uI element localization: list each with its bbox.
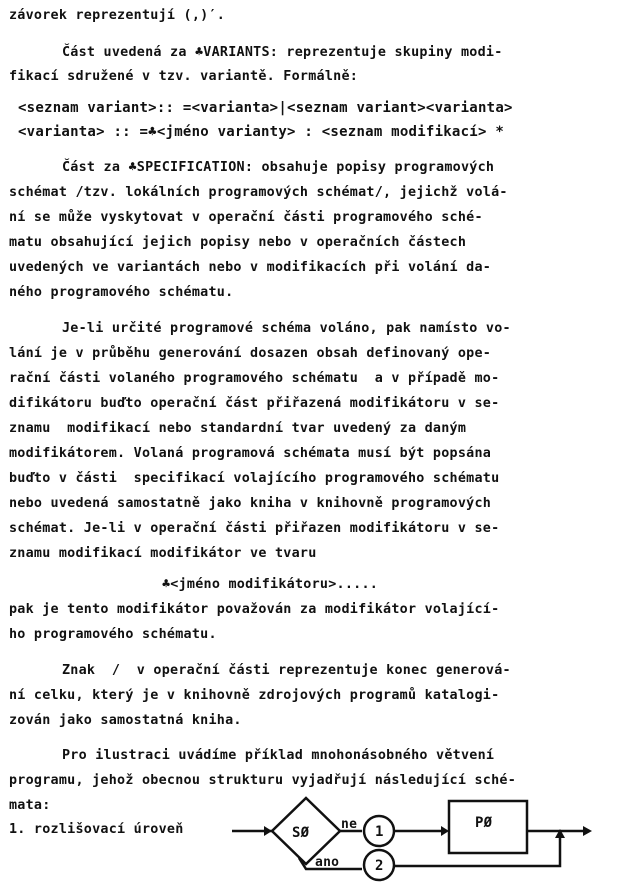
text-line: závorek reprezentují (,)′. bbox=[9, 8, 225, 24]
text-line: rační části volaného programového schéma… bbox=[9, 371, 499, 387]
text-line: lání je v průběhu generování dosazen obs… bbox=[9, 346, 491, 362]
connector-2-label: 2 bbox=[375, 858, 384, 874]
text-line: buďto v části specifikací volajícího pro… bbox=[9, 471, 499, 487]
text-line: ho programového schématu. bbox=[9, 627, 217, 643]
paragraph-illustration: Pro ilustraci uvádíme příklad mnohonásob… bbox=[62, 748, 494, 764]
text-line: znamu modifikací nebo standardní tvar uv… bbox=[9, 421, 466, 437]
text-line: zován jako samostatná kniha. bbox=[9, 713, 242, 729]
text-line: fikací sdružené v tzv. variantě. Formáln… bbox=[9, 69, 358, 85]
paragraph-slash: Znak / v operační části reprezentuje kon… bbox=[62, 663, 511, 679]
text-line: ní celku, který je v knihovně zdrojových… bbox=[9, 688, 499, 704]
connector-1-label: 1 bbox=[375, 824, 384, 840]
text-line: schémat /tzv. lokálních programových sch… bbox=[9, 185, 508, 201]
text-line: matu obsahující jejich popisy nebo v ope… bbox=[9, 235, 466, 251]
text-line: difikátoru buďto operační část přiřazená… bbox=[9, 396, 499, 412]
formula-seznam-variant: <seznam variant>:: =<varianta>|<seznam v… bbox=[18, 100, 513, 116]
branch-no-label: ne bbox=[341, 817, 357, 832]
text-line: modifikátorem. Volaná programová schémat… bbox=[9, 446, 491, 462]
process-label: PØ bbox=[475, 815, 493, 831]
decision-label: SØ bbox=[292, 825, 310, 841]
text-line: ní se může vyskytovat v operační části p… bbox=[9, 210, 483, 226]
formula-modifier: ♣<jméno modifikátoru>..... bbox=[162, 577, 378, 593]
document-page: závorek reprezentují (,)′. Část uvedená … bbox=[0, 0, 637, 896]
text-line: znamu modifikací modifikátor ve tvaru bbox=[9, 546, 317, 562]
flowchart-diagram: SØ ne ano 1 2 PØ bbox=[0, 780, 637, 896]
paragraph-variants: Část uvedená za ♣VARIANTS: reprezentuje … bbox=[62, 45, 503, 61]
text-line: nebo uvedená samostatně jako kniha v kni… bbox=[9, 496, 491, 512]
text-line: uvedených ve variantách nebo v modifikac… bbox=[9, 260, 491, 276]
text-line: schémat. Je-li v operační části přiřazen… bbox=[9, 521, 499, 537]
text-line: pak je tento modifikátor považován za mo… bbox=[9, 602, 499, 618]
formula-varianta: <varianta> :: =♣<jméno varianty> : <sezn… bbox=[18, 124, 504, 140]
paragraph-specification: Část za ♣SPECIFICATION: obsahuje popisy … bbox=[62, 160, 494, 176]
paragraph-call: Je-li určité programové schéma voláno, p… bbox=[62, 321, 511, 337]
branch-yes-label: ano bbox=[315, 855, 339, 870]
text-line: ného programového schématu. bbox=[9, 285, 233, 301]
